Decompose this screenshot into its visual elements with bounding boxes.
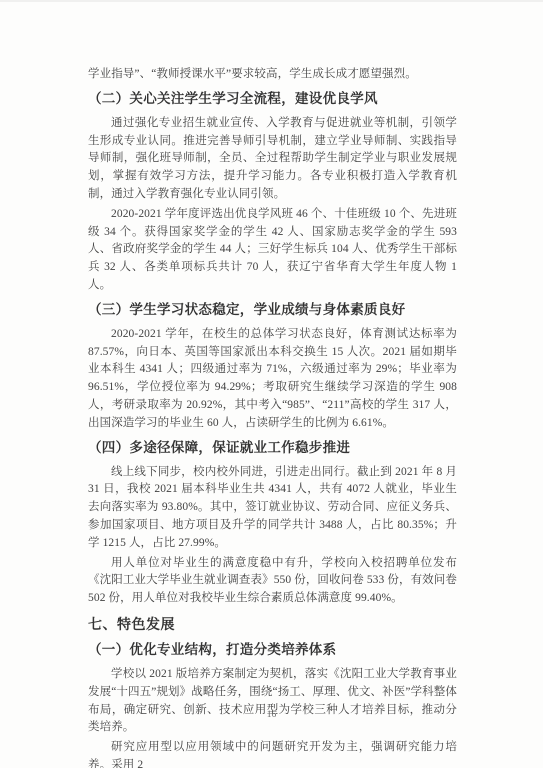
section-4-heading: （四）多途径保障，保证就业工作稳步推进 [88,438,457,458]
paragraph: 学校以 2021 版培养方案制定为契机，落实《沈阳工业大学教育事业发展“十四五”… [88,666,457,737]
document-page: 学业指导”、“教师授课水平”要求较高，学生成长成才愿望强烈。 （二）关心关注学生… [0,0,543,768]
paragraph: 线上线下同步，校内校外同进，引进走出同行。截止到 2021 年 8 月 31 日… [88,464,457,553]
paragraph-continuation: 学业指导”、“教师授课水平”要求较高，学生成长成才愿望强烈。 [88,66,457,84]
paragraph: 通过强化专业招生就业宣传、入学教育与促进就业等机制，引领学生形成专业认同。推进完… [88,115,457,204]
section-2-heading: （二）关心关注学生学习全流程，建设优良学风 [88,89,457,109]
subsection-1-heading: （一）优化专业结构，打造分类培养体系 [88,640,457,660]
paragraph: 研究应用型以应用领域中的问题研究开发为主，强调研究能力培养。采用 2 [88,739,457,768]
page-number: 16 [0,710,543,720]
paragraph: 用人单位对毕业生的满意度稳中有升，学校向入校招聘单位发布《沈阳工业大学毕业生就业… [88,555,457,608]
paragraph: 2020-2021 学年度评选出优良学风班 46 个、十佳班级 10 个、先进班… [88,206,457,295]
paragraph: 2020-2021 学年，在校生的总体学习状态良好，体育测试达标率为 87.57… [88,326,457,433]
section-3-heading: （三）学生学习状态稳定，学业成绩与身体素质良好 [88,300,457,320]
chapter-7-heading: 七、特色发展 [88,614,457,634]
